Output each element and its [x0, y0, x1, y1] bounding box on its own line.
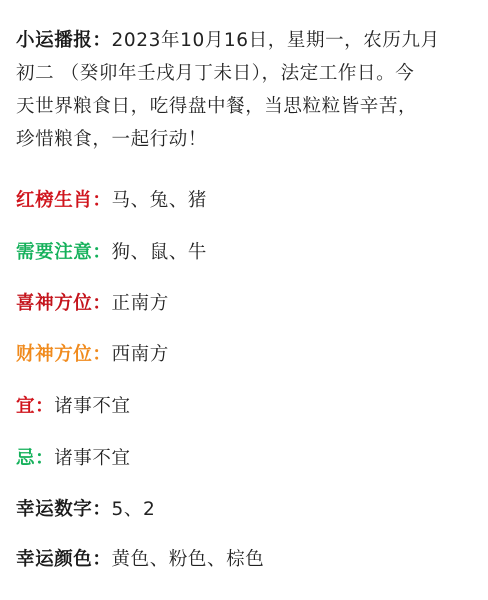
row-caution-zodiac: 需要注意：狗、鼠、牛: [16, 240, 207, 266]
intro-line-3: 天世界粮食日，吃得盘中餐，当思粒粒皆辛苦，: [16, 90, 476, 123]
caution-zodiac-value: 狗、鼠、牛: [112, 242, 208, 263]
row-avoid: 忌：诸事不宜: [16, 446, 131, 472]
lucky-colors-label: 幸运颜色：: [16, 549, 112, 570]
daily-broadcast-paragraph: 小运播报：2023年10月16日，星期一，农历九月 初二 （癸卯年壬戌月丁未日）…: [16, 24, 476, 156]
lucky-numbers-label: 幸运数字：: [16, 499, 112, 520]
suitable-label: 宜：: [16, 396, 54, 417]
wealth-god-direction-value: 西南方: [112, 344, 169, 365]
joy-god-direction-label: 喜神方位：: [16, 293, 112, 314]
avoid-value: 诸事不宜: [54, 448, 130, 469]
joy-god-direction-value: 正南方: [112, 293, 169, 314]
row-lucky-zodiac: 红榜生肖：马、兔、猪: [16, 188, 207, 214]
lucky-zodiac-value: 马、兔、猪: [112, 190, 208, 211]
caution-zodiac-label: 需要注意：: [16, 242, 112, 263]
intro-line-1: 小运播报：2023年10月16日，星期一，农历九月: [16, 24, 476, 57]
lucky-zodiac-label: 红榜生肖：: [16, 190, 112, 211]
row-lucky-colors: 幸运颜色：黄色、粉色、棕色: [16, 547, 264, 573]
intro-line-4: 珍惜粮食，一起行动！: [16, 123, 476, 156]
row-suitable: 宜：诸事不宜: [16, 394, 131, 420]
row-joy-god-direction: 喜神方位：正南方: [16, 291, 169, 317]
intro-line-2: 初二 （癸卯年壬戌月丁未日），法定工作日。今: [16, 57, 476, 90]
wealth-god-direction-label: 财神方位：: [16, 344, 112, 365]
row-lucky-numbers: 幸运数字：5、2: [16, 497, 155, 523]
intro-text-1: 2023年10月16日，星期一，农历九月: [112, 30, 440, 51]
lucky-colors-value: 黄色、粉色、棕色: [112, 549, 265, 570]
row-wealth-god-direction: 财神方位：西南方: [16, 342, 169, 368]
avoid-label: 忌：: [16, 448, 54, 469]
lucky-numbers-value: 5、2: [112, 499, 156, 520]
suitable-value: 诸事不宜: [54, 396, 130, 417]
broadcast-title: 小运播报：: [16, 30, 112, 51]
